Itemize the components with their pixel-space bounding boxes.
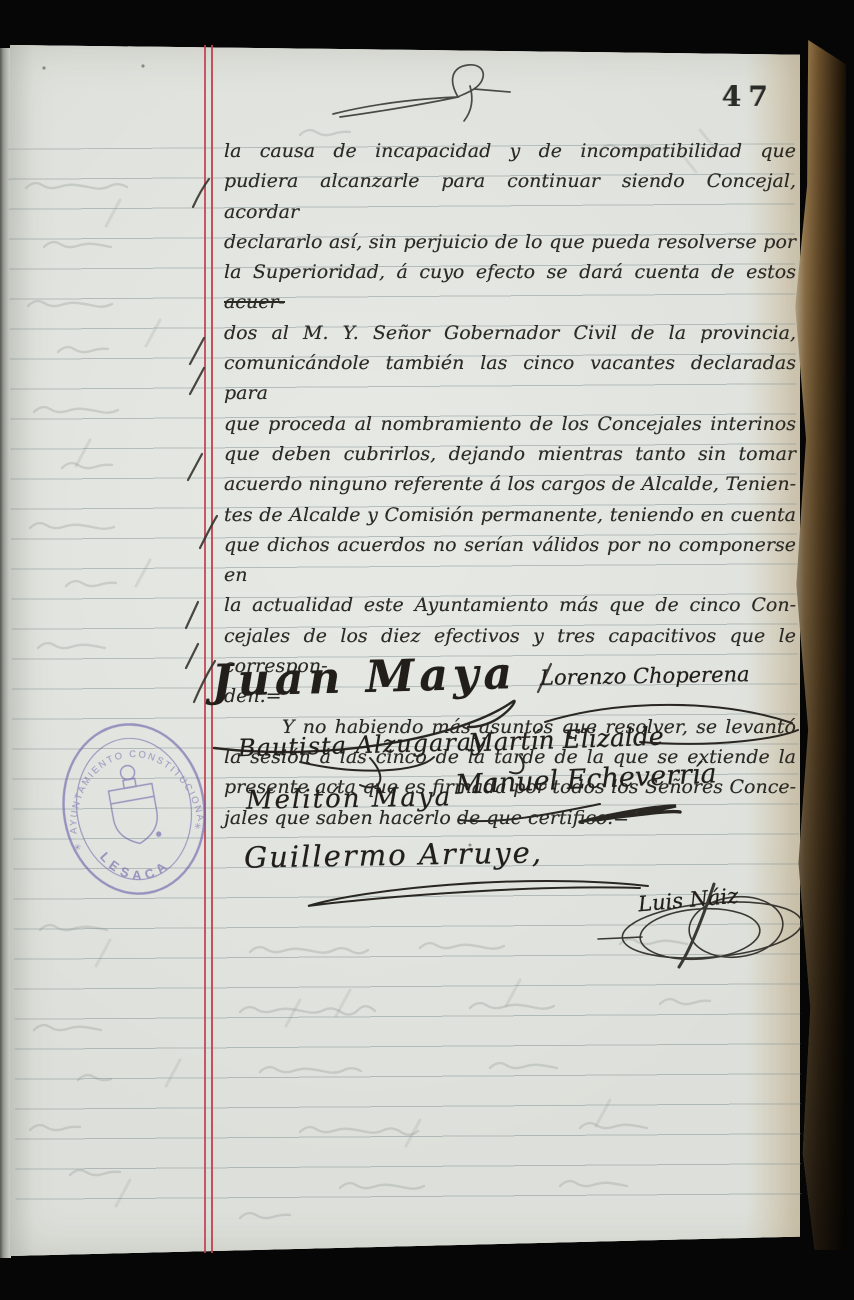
struck-word: acuer- — [224, 291, 285, 313]
manuscript-line: la actualidad este Ayuntamiento más que … — [224, 590, 796, 620]
margin-rule-red-outer — [204, 45, 206, 1253]
manuscript-line: la causa de incapacidad y de incompatibi… — [224, 136, 796, 166]
stamp-star-left: ✳ — [73, 842, 83, 853]
manuscript-line: que proceda al nombramiento de los Conce… — [224, 409, 796, 439]
page-number: 47 — [722, 80, 775, 113]
line-text: la Superioridad, á cuyo efecto se dará c… — [224, 261, 796, 283]
manuscript-line: declararlo así, sin perjuicio de lo que … — [224, 227, 796, 257]
svg-text:AYUNTAMIENTO CONSTITUCIONAL: AYUNTAMIENTO CONSTITUCIONAL — [44, 708, 207, 848]
manuscript-line: que deben cubrirlos, dejando mientras ta… — [224, 439, 796, 469]
manuscript-line: tes de Alcalde y Comisión permanente, te… — [224, 500, 796, 530]
manuscript-photo: 47 la causa de incapacidad y de incompat… — [0, 0, 854, 1300]
manuscript-line: pudiera alcanzarle para continuar siendo… — [224, 166, 796, 227]
signature-guillermo-arruye: Guillermo Arruye, — [244, 835, 544, 874]
manuscript-line: comunicándole también las cinco vacantes… — [224, 348, 796, 409]
signature-meliton-maya: Melitón Maya — [246, 782, 453, 816]
manuscript-line: dos al M. Y. Señor Gobernador Civil de l… — [224, 318, 796, 348]
svg-text:LESACA: LESACA — [96, 839, 175, 891]
manuscript-line: que dichos acuerdos no serían válidos po… — [224, 530, 796, 591]
signature-lorenzo-choperena: Lorenzo Choperena — [540, 662, 750, 690]
stamp-ring-text: AYUNTAMIENTO CONSTITUCIONAL — [44, 708, 207, 848]
municipal-stamp: AYUNTAMIENTO CONSTITUCIONAL LESACA ✳ ✳ — [44, 708, 225, 910]
margin-rule-red-inner — [211, 45, 213, 1253]
stamp-coat-of-arms — [105, 762, 162, 847]
manuscript-line: la Superioridad, á cuyo efecto se dará c… — [224, 257, 796, 318]
manuscript-line: acuerdo ninguno referente á los cargos d… — [224, 469, 796, 499]
signature-juan-maya: Juan Maya — [211, 648, 517, 707]
stamp-bottom-text: LESACA — [96, 839, 175, 891]
